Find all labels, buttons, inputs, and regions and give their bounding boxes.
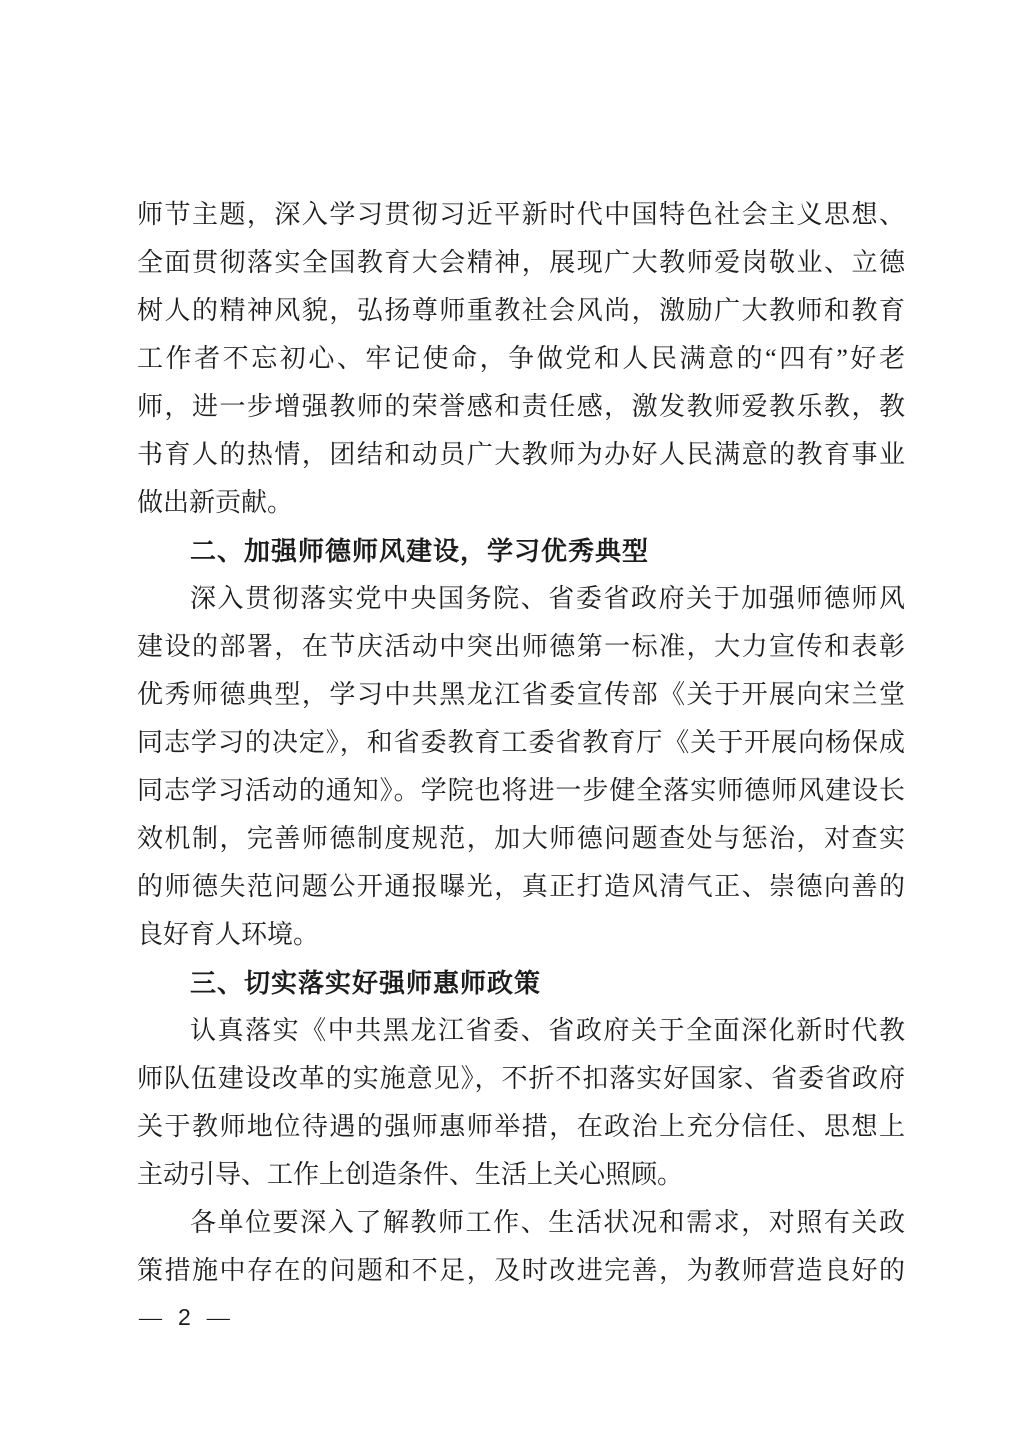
section-heading-3: 三、切实落实好强师惠师政策 xyxy=(137,959,905,1007)
paragraph-line: 良好育人环境。 xyxy=(137,911,905,959)
paragraph-line: 的师德失范问题公开通报曝光，真正打造风清气正、崇德向善的 xyxy=(137,863,905,911)
paragraph-line: 主动引导、工作上创造条件、生活上关心照顾。 xyxy=(137,1151,905,1199)
paragraph-line: 同志学习活动的通知》。学院也将进一步健全落实师德师风建设长 xyxy=(137,767,905,815)
paragraph-line: 深入贯彻落实党中央国务院、省委省政府关于加强师德师风 xyxy=(137,575,905,623)
paragraph-line: 建设的部署，在节庆活动中突出师德第一标准，大力宣传和表彰 xyxy=(137,623,905,671)
page-footer: —2— xyxy=(139,1297,230,1337)
paragraph-line: 认真落实《中共黑龙江省委、省政府关于全面深化新时代教 xyxy=(137,1007,905,1055)
document-page: 师节主题，深入学习贯彻习近平新时代中国特色社会主义思想、 全面贯彻落实全国教育大… xyxy=(0,0,1024,1447)
paragraph-line: 全面贯彻落实全国教育大会精神，展现广大教师爱岗敬业、立德 xyxy=(137,239,905,287)
document-text-block: 师节主题，深入学习贯彻习近平新时代中国特色社会主义思想、 全面贯彻落实全国教育大… xyxy=(137,191,905,1295)
paragraph-line: 效机制，完善师德制度规范，加大师德问题查处与惩治，对查实 xyxy=(137,815,905,863)
paragraph-line: 书育人的热情，团结和动员广大教师为办好人民满意的教育事业 xyxy=(137,431,905,479)
footer-dash-right: — xyxy=(207,1298,230,1338)
paragraph-line: 同志学习的决定》，和省委教育工委省教育厅《关于开展向杨保成 xyxy=(137,719,905,767)
paragraph-line: 师，进一步增强教师的荣誉感和责任感，激发教师爱教乐教，教 xyxy=(137,383,905,431)
paragraph-line: 师节主题，深入学习贯彻习近平新时代中国特色社会主义思想、 xyxy=(137,191,905,239)
paragraph-line: 工作者不忘初心、牢记使命，争做党和人民满意的“四有”好老 xyxy=(137,335,905,383)
paragraph-line: 策措施中存在的问题和不足，及时改进完善，为教师营造良好的 xyxy=(137,1247,905,1295)
paragraph-line: 各单位要深入了解教师工作、生活状况和需求，对照有关政 xyxy=(137,1199,905,1247)
paragraph-line: 做出新贡献。 xyxy=(137,479,905,527)
page-number: 2 xyxy=(178,1297,191,1337)
footer-dash-left: — xyxy=(139,1298,162,1338)
paragraph-line: 树人的精神风貌，弘扬尊师重教社会风尚，激励广大教师和教育 xyxy=(137,287,905,335)
paragraph-line: 关于教师地位待遇的强师惠师举措，在政治上充分信任、思想上 xyxy=(137,1103,905,1151)
paragraph-line: 优秀师德典型，学习中共黑龙江省委宣传部《关于开展向宋兰堂 xyxy=(137,671,905,719)
paragraph-line: 师队伍建设改革的实施意见》，不折不扣落实好国家、省委省政府 xyxy=(137,1055,905,1103)
section-heading-2: 二、加强师德师风建设，学习优秀典型 xyxy=(137,527,905,575)
